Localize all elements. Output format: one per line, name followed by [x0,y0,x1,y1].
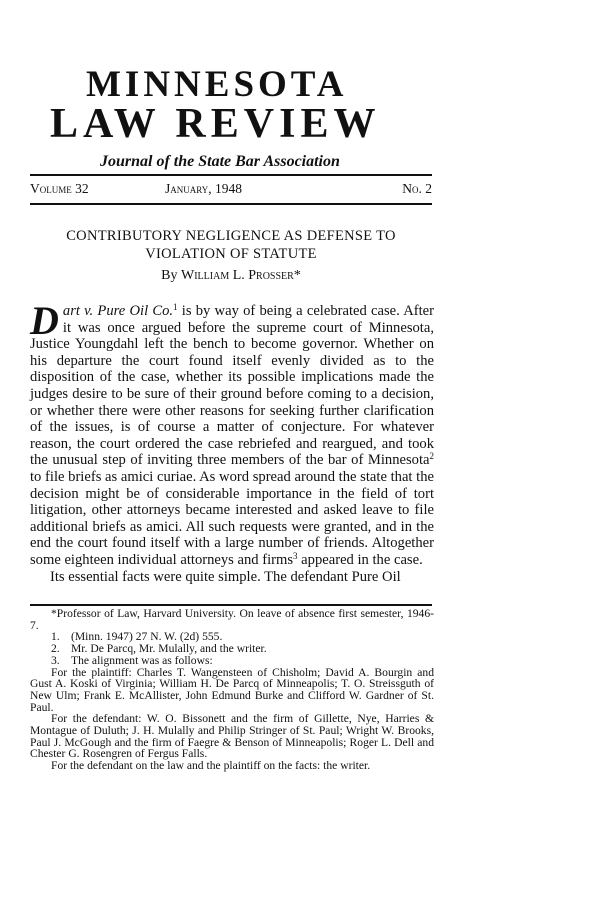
masthead-title-line2: LAW REVIEW [50,103,380,145]
author-footnote-mark: * [294,268,301,283]
footnote-text: The alignment was as follows: [71,654,213,667]
header-rule-bottom [30,203,432,205]
article-title-line1: CONTRIBUTORY NEGLIGENCE AS DEFENSE TO [30,227,432,245]
footnote-3-defendant: For the defendant: W. O. Bissonett and t… [30,713,434,760]
footnote-number: 3. [51,655,71,667]
case-name: art v. Pure Oil Co. [63,303,173,319]
footnote-3-plaintiff: For the plaintiff: Charles T. Wangenstee… [30,667,434,714]
masthead-subtitle: Journal of the State Bar Association [100,153,340,171]
footnote-rule [30,604,432,606]
footnote-ref-2[interactable]: 2 [430,451,435,461]
article-title: CONTRIBUTORY NEGLIGENCE AS DEFENSE TO VI… [30,227,432,263]
issue-info: Volume 32 January, 1948 No. 2 [30,181,432,197]
byline: By William L. Prosser* [30,268,432,284]
masthead-title-line1: MINNESOTA [86,66,386,103]
body-paragraph-2: Its essential facts were quite simple. T… [30,569,434,586]
author-name: William L. Prosser [181,268,294,283]
footnote-3-writer: For the defendant on the law and the pla… [30,760,434,772]
footnote-3: 3.The alignment was as follows: [30,655,434,667]
footnote-star: *Professor of Law, Harvard University. O… [30,608,434,631]
body-text-part3: appeared in the case. [298,552,423,568]
body-paragraph-1: Dart v. Pure Oil Co.1 is by way of being… [30,303,434,569]
issue-number: No. 2 [295,181,432,197]
issue-volume: Volume 32 [30,181,130,197]
body-text-part1: is by way of being a celebrated case. Af… [30,303,434,468]
byline-prefix: By [161,268,177,283]
article-title-line2: VIOLATION OF STATUTE [30,245,432,263]
header-rule-top [30,174,432,176]
footnotes: *Professor of Law, Harvard University. O… [30,608,434,772]
issue-date: January, 1948 [165,181,295,197]
drop-cap: D [30,306,59,336]
article-body: Dart v. Pure Oil Co.1 is by way of being… [30,303,434,585]
